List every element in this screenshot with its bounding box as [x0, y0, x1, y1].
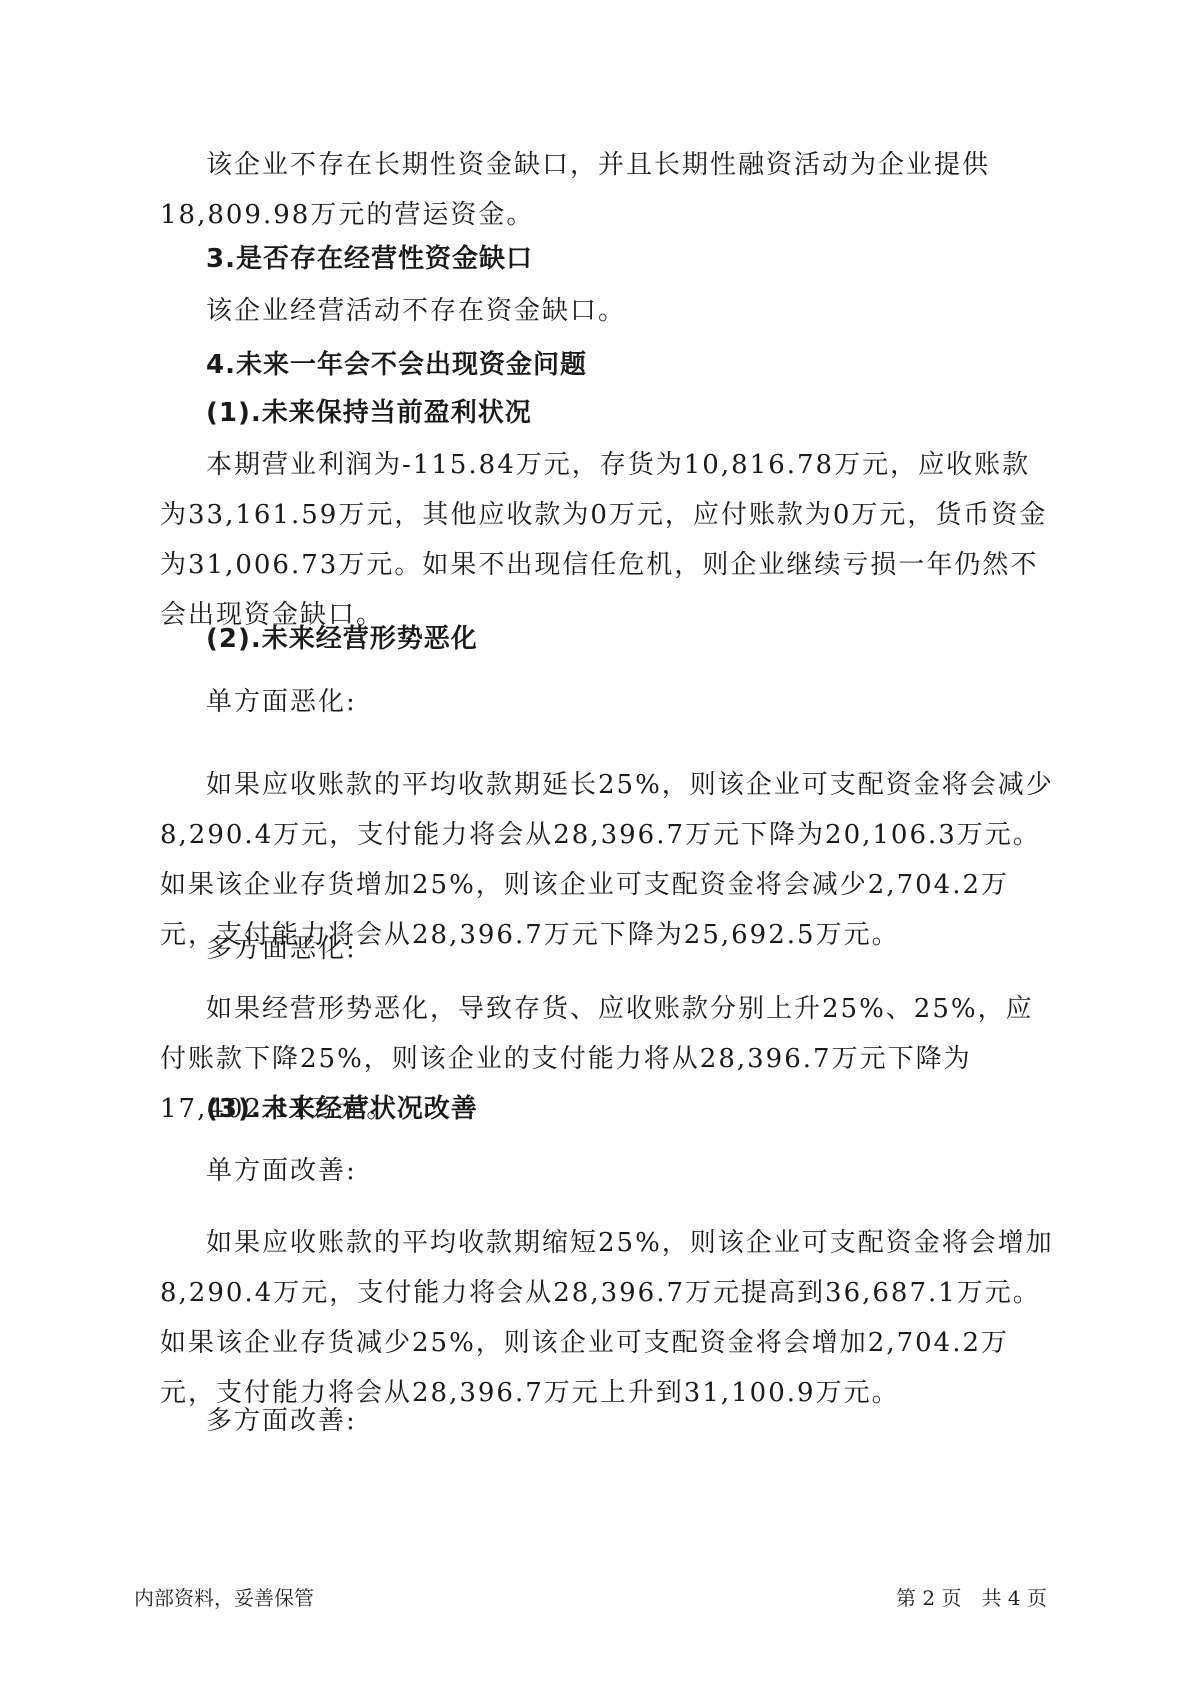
- paragraph-multi-improve-label: 多方面改善:: [160, 1396, 1055, 1446]
- paragraph-single-improve-label: 单方面改善:: [160, 1146, 1055, 1196]
- paragraph-single-worsen-label: 单方面恶化:: [160, 677, 1055, 727]
- paragraph-single-improve: 如果应收账款的平均收款期缩短25%，则该企业可支配资金将会增加8,290.4万元…: [160, 1218, 1055, 1418]
- heading-keep-profit: (1).未来保持当前盈利状况: [206, 392, 532, 429]
- paragraph-operating-gap: 该企业经营活动不存在资金缺口。: [160, 286, 1055, 336]
- heading-worsen: (2).未来经营形势恶化: [206, 618, 478, 655]
- heading-operating-gap: 3.是否存在经营性资金缺口: [206, 238, 533, 275]
- heading-next-year: 4.未来一年会不会出现资金问题: [206, 344, 587, 381]
- paragraph-keep-profit: 本期营业利润为-115.84万元，存货为10,816.78万元，应收账款为33,…: [160, 440, 1055, 640]
- footer-confidential: 内部资料，妥善保管: [134, 1582, 314, 1611]
- paragraph-multi-worsen-label: 多方面恶化:: [160, 924, 1055, 974]
- document-page: 该企业不存在长期性资金缺口，并且长期性融资活动为企业提供18,809.98万元的…: [0, 0, 1191, 1684]
- paragraph-long-term-gap: 该企业不存在长期性资金缺口，并且长期性融资活动为企业提供18,809.98万元的…: [160, 140, 1055, 240]
- footer-page-number: 第 2 页 共 4 页: [896, 1582, 1047, 1611]
- heading-improve: (3).未来经营状况改善: [206, 1088, 478, 1125]
